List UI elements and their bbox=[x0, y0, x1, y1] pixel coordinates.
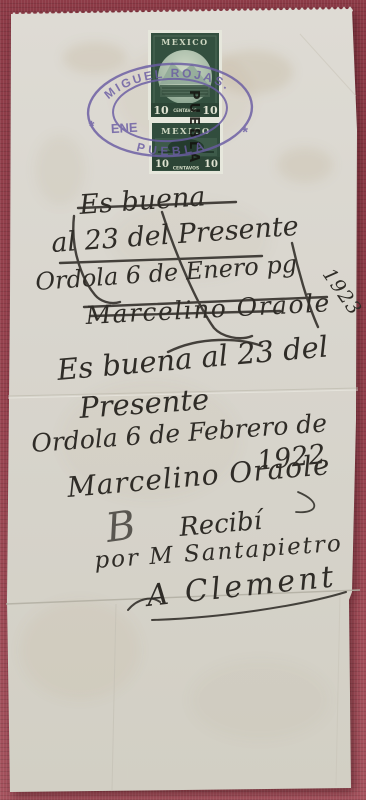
stamp-value-right: 10 bbox=[202, 104, 218, 117]
stamp-value-left: 10 bbox=[155, 159, 169, 170]
stamp-value-left: 10 bbox=[153, 104, 169, 117]
oval-month-text: ENE bbox=[111, 120, 139, 136]
oval-right-star: * bbox=[242, 124, 249, 141]
oval-left-star: * bbox=[88, 118, 95, 135]
stamp-value-word: CENTAVOS bbox=[173, 166, 200, 172]
stamp-country-label: MEXICO bbox=[161, 37, 208, 47]
photo-backdrop-fabric: MEXICO 10 10 CENTAVOS MEXICO 10 10 CENTA… bbox=[0, 0, 366, 800]
stamp-value-right: 10 bbox=[204, 159, 218, 170]
stamp-country-label: MEXICO bbox=[161, 127, 211, 137]
perforated-top-edge bbox=[11, 6, 353, 16]
document-photo: MEXICO 10 10 CENTAVOS MEXICO 10 10 CENTA… bbox=[0, 0, 366, 800]
